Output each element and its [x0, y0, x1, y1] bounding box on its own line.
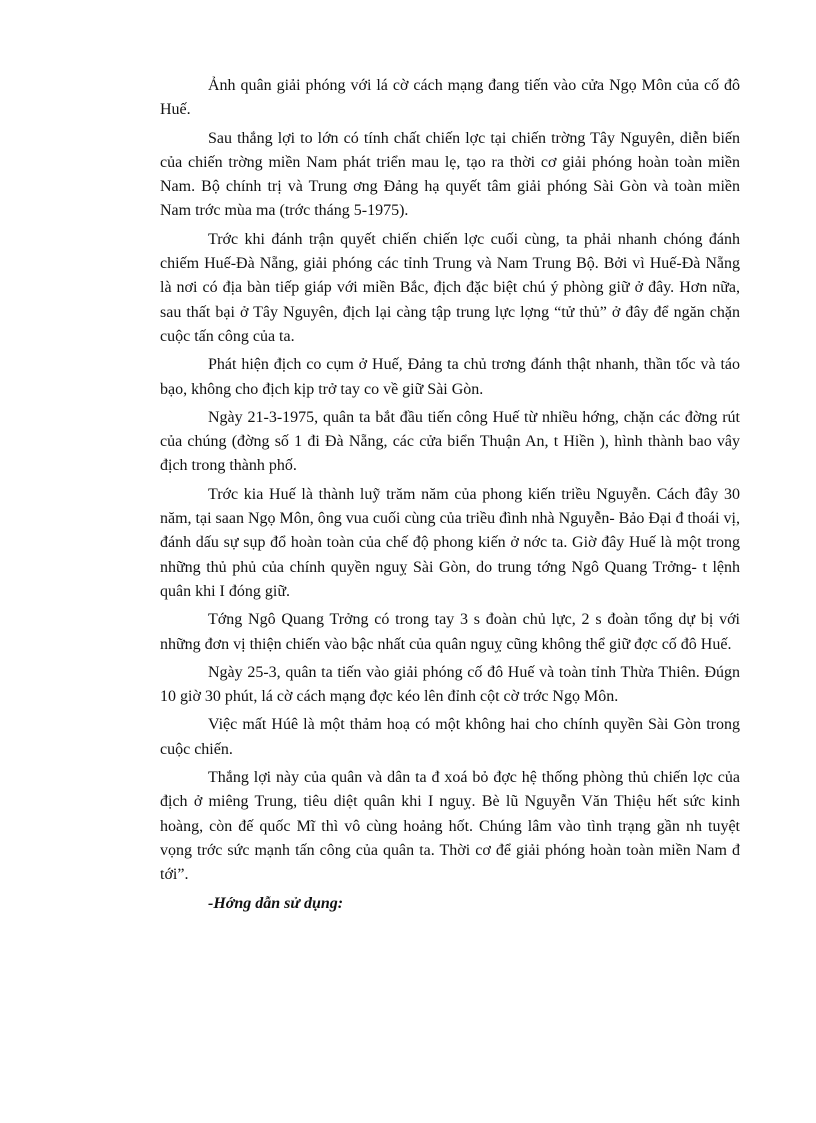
paragraph-attack-hue: Ngày 21-3-1975, quân ta bắt đầu tiến côn…: [160, 406, 740, 479]
paragraph-photo-caption: Ảnh quân giải phóng với lá cờ cách mạng …: [160, 74, 740, 123]
paragraph-before-decisive-battle: Trớc khi đánh trận quyết chiến chiến lợc…: [160, 228, 740, 349]
paragraph-victory-significance: Thắng lợi này của quân và dân ta đ xoá b…: [160, 766, 740, 887]
paragraph-liberation-day: Ngày 25-3, quân ta tiến vào giải phóng c…: [160, 661, 740, 710]
paragraph-enemy-concentration: Phát hiện địch co cụm ở Huế, Đảng ta chủ…: [160, 353, 740, 402]
paragraph-hue-history: Trớc kia Huế là thành luỹ trăm năm của p…: [160, 483, 740, 604]
paragraph-strategic-victory: Sau thắng lợi to lớn có tính chất chiến …: [160, 127, 740, 224]
document-page: Ảnh quân giải phóng với lá cờ cách mạng …: [160, 74, 740, 916]
paragraph-ngo-quang-truong: Tớng Ngô Quang Trởng có trong tay 3 s đo…: [160, 608, 740, 657]
paragraph-loss-of-hue: Việc mất Húê là một thảm hoạ có một khôn…: [160, 713, 740, 762]
usage-guide-heading: -Hớng dẫn sử dụng:: [160, 892, 740, 916]
